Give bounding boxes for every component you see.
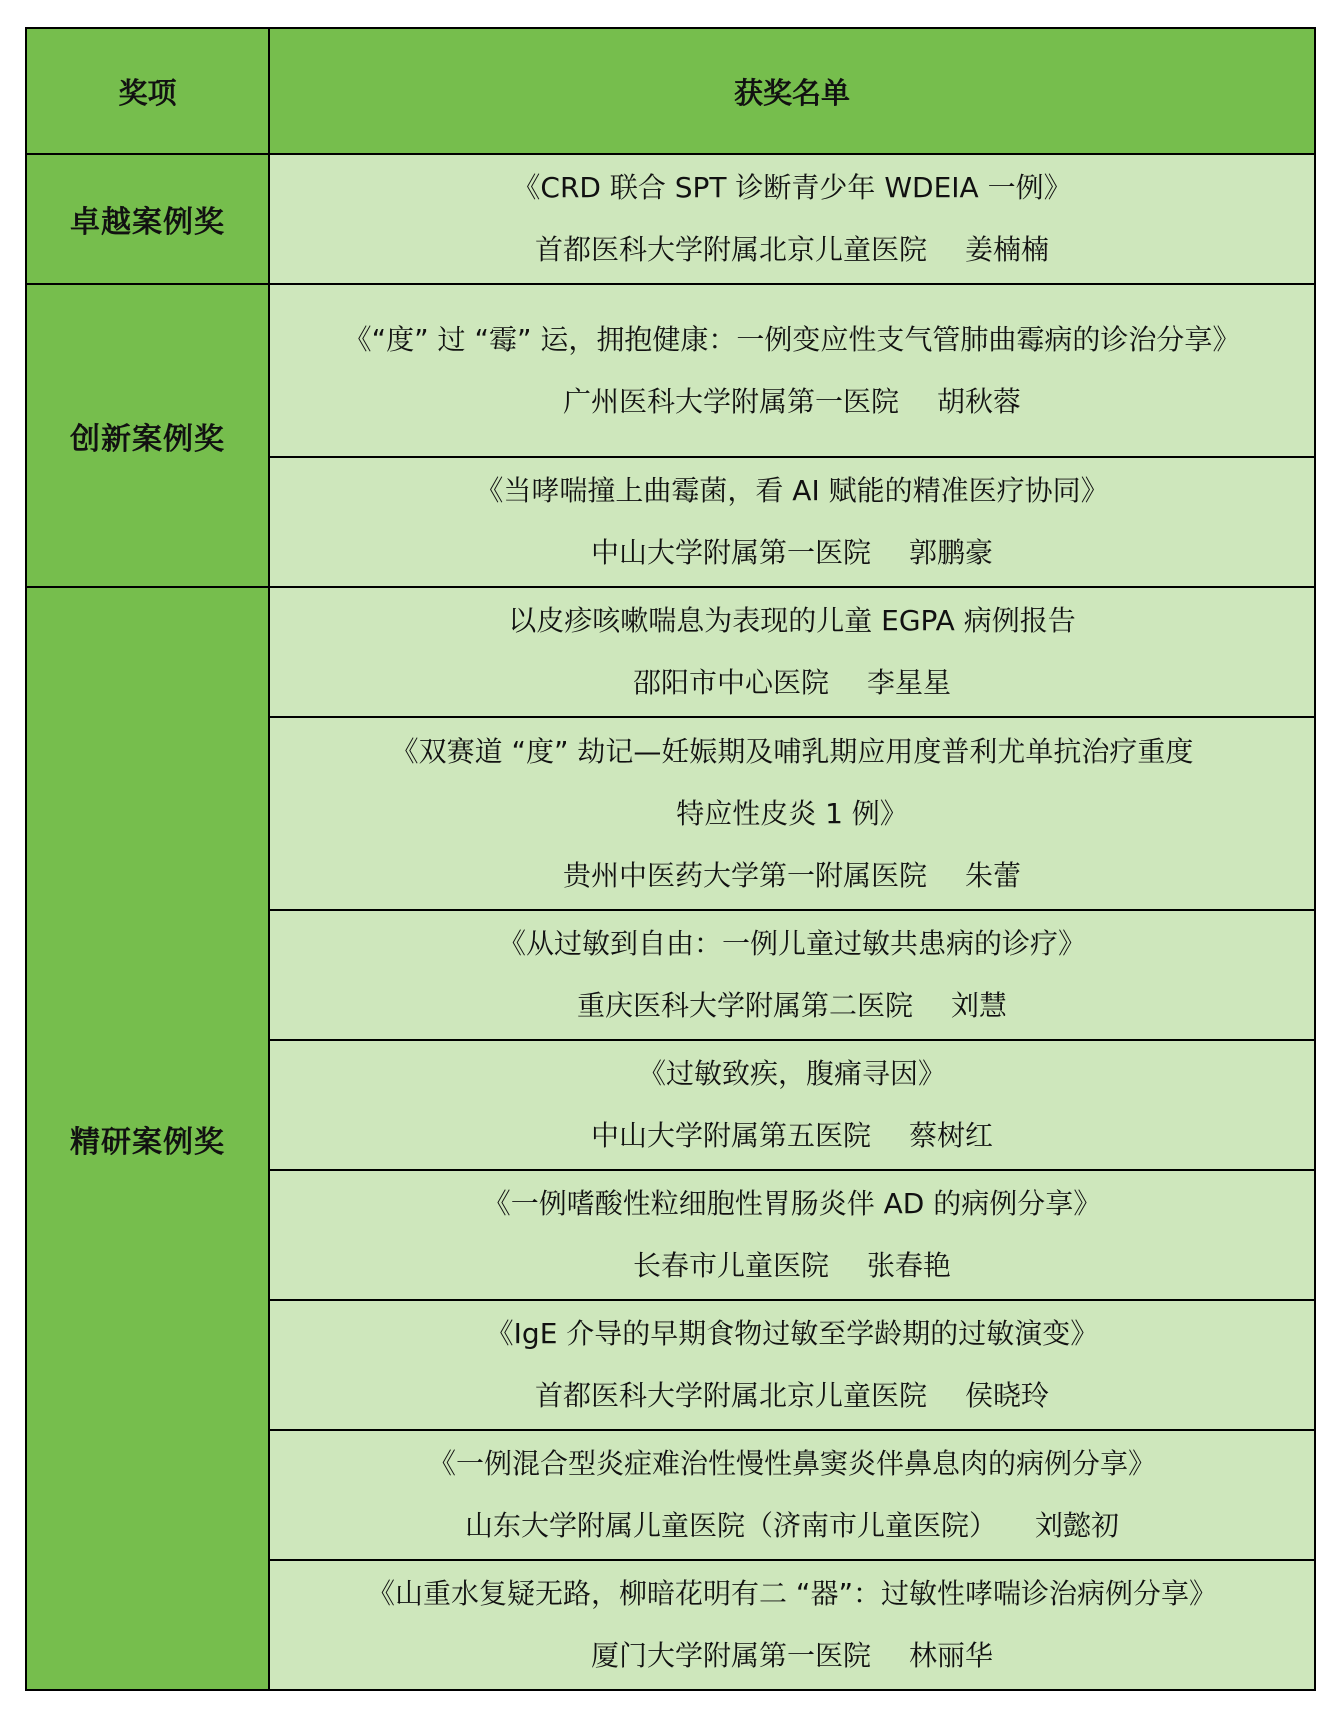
org-person-line: 中山大学附属第五医院蔡树红 bbox=[286, 1105, 1298, 1167]
winner-entry: 《CRD 联合 SPT 诊断青少年 WDEIA 一例》 首都医科大学附属北京儿童… bbox=[270, 155, 1314, 283]
org-person-line: 厦门大学附属第一医院林丽华 bbox=[286, 1625, 1298, 1687]
person-name: 郭鹏豪 bbox=[909, 536, 993, 569]
case-title: 《从过敏到自由：一例儿童过敏共患病的诊疗》 bbox=[286, 913, 1298, 975]
award-group-excellence: 卓越案例奖 《CRD 联合 SPT 诊断青少年 WDEIA 一例》 首都医科大学… bbox=[27, 153, 1314, 283]
org-name: 邵阳市中心医院 bbox=[633, 666, 829, 699]
org-person-line: 邵阳市中心医院李星星 bbox=[286, 652, 1298, 714]
winners-column-header: 获奖名单 bbox=[270, 29, 1314, 153]
org-name: 厦门大学附属第一医院 bbox=[591, 1639, 871, 1672]
person-name: 朱蕾 bbox=[965, 859, 1021, 892]
case-title: 《山重水复疑无路，柳暗花明有二 “器”：过敏性哮喘诊治病例分享》 bbox=[286, 1563, 1298, 1625]
case-title: 《一例嗜酸性粒细胞性胃肠炎伴 AD 的病例分享》 bbox=[286, 1173, 1298, 1235]
winner-entry: 《双赛道 “度” 劫记—妊娠期及哺乳期应用度普利尤单抗治疗重度 特应性皮炎 1 … bbox=[270, 716, 1314, 909]
org-name: 首都医科大学附属北京儿童医院 bbox=[535, 233, 927, 266]
winner-entry: 《“度” 过 “霉” 运，拥抱健康：一例变应性支气管肺曲霉病的诊治分享》 广州医… bbox=[270, 285, 1314, 456]
org-person-line: 广州医科大学附属第一医院胡秋蓉 bbox=[286, 371, 1298, 433]
org-name: 中山大学附属第五医院 bbox=[591, 1119, 871, 1152]
case-title: 《“度” 过 “霉” 运，拥抱健康：一例变应性支气管肺曲霉病的诊治分享》 bbox=[286, 309, 1298, 371]
winner-entry: 《山重水复疑无路，柳暗花明有二 “器”：过敏性哮喘诊治病例分享》 厦门大学附属第… bbox=[270, 1559, 1314, 1689]
person-name: 胡秋蓉 bbox=[937, 385, 1021, 418]
winner-entry: 《从过敏到自由：一例儿童过敏共患病的诊疗》 重庆医科大学附属第二医院刘慧 bbox=[270, 909, 1314, 1039]
person-name: 姜楠楠 bbox=[965, 233, 1049, 266]
org-person-line: 长春市儿童医院张春艳 bbox=[286, 1235, 1298, 1297]
case-title-line-2: 特应性皮炎 1 例》 bbox=[286, 783, 1298, 845]
case-title: 《一例混合型炎症难治性慢性鼻窦炎伴鼻息肉的病例分享》 bbox=[286, 1433, 1298, 1495]
org-person-line: 中山大学附属第一医院郭鹏豪 bbox=[286, 522, 1298, 584]
award-label: 卓越案例奖 bbox=[27, 155, 270, 283]
winner-entry: 《IgE 介导的早期食物过敏至学龄期的过敏演变》 首都医科大学附属北京儿童医院侯… bbox=[270, 1299, 1314, 1429]
case-title: 以皮疹咳嗽喘息为表现的儿童 EGPA 病例报告 bbox=[286, 590, 1298, 652]
winner-entries: 《CRD 联合 SPT 诊断青少年 WDEIA 一例》 首都医科大学附属北京儿童… bbox=[270, 155, 1314, 283]
award-table: 奖项 获奖名单 卓越案例奖 《CRD 联合 SPT 诊断青少年 WDEIA 一例… bbox=[25, 27, 1316, 1691]
org-person-line: 首都医科大学附属北京儿童医院姜楠楠 bbox=[286, 219, 1298, 281]
award-group-research: 精研案例奖 以皮疹咳嗽喘息为表现的儿童 EGPA 病例报告 邵阳市中心医院李星星… bbox=[27, 586, 1314, 1689]
org-name: 贵州中医药大学第一附属医院 bbox=[563, 859, 927, 892]
org-name: 山东大学附属儿童医院（济南市儿童医院） bbox=[465, 1509, 997, 1542]
case-title: 《IgE 介导的早期食物过敏至学龄期的过敏演变》 bbox=[286, 1303, 1298, 1365]
award-label: 创新案例奖 bbox=[27, 285, 270, 586]
case-title: 《过敏致疾，腹痛寻因》 bbox=[286, 1043, 1298, 1105]
case-title: 《CRD 联合 SPT 诊断青少年 WDEIA 一例》 bbox=[286, 157, 1298, 219]
case-title: 《当哮喘撞上曲霉菌，看 AI 赋能的精准医疗协同》 bbox=[286, 460, 1298, 522]
org-name: 重庆医科大学附属第二医院 bbox=[577, 989, 913, 1022]
org-person-line: 贵州中医药大学第一附属医院朱蕾 bbox=[286, 845, 1298, 907]
winner-entry: 以皮疹咳嗽喘息为表现的儿童 EGPA 病例报告 邵阳市中心医院李星星 bbox=[270, 588, 1314, 716]
case-title-line-1: 《双赛道 “度” 劫记—妊娠期及哺乳期应用度普利尤单抗治疗重度 bbox=[286, 721, 1298, 783]
winner-entry: 《过敏致疾，腹痛寻因》 中山大学附属第五医院蔡树红 bbox=[270, 1039, 1314, 1169]
winner-entries: 《“度” 过 “霉” 运，拥抱健康：一例变应性支气管肺曲霉病的诊治分享》 广州医… bbox=[270, 285, 1314, 586]
winner-entry: 《当哮喘撞上曲霉菌，看 AI 赋能的精准医疗协同》 中山大学附属第一医院郭鹏豪 bbox=[270, 456, 1314, 586]
person-name: 刘慧 bbox=[951, 989, 1007, 1022]
person-name: 蔡树红 bbox=[909, 1119, 993, 1152]
org-person-line: 首都医科大学附属北京儿童医院侯晓玲 bbox=[286, 1365, 1298, 1427]
award-label: 精研案例奖 bbox=[27, 588, 270, 1689]
table-header-row: 奖项 获奖名单 bbox=[27, 29, 1314, 153]
org-person-line: 山东大学附属儿童医院（济南市儿童医院）刘懿初 bbox=[286, 1495, 1298, 1557]
org-person-line: 重庆医科大学附属第二医院刘慧 bbox=[286, 975, 1298, 1037]
award-group-innovation: 创新案例奖 《“度” 过 “霉” 运，拥抱健康：一例变应性支气管肺曲霉病的诊治分… bbox=[27, 283, 1314, 586]
person-name: 林丽华 bbox=[909, 1639, 993, 1672]
person-name: 刘懿初 bbox=[1035, 1509, 1119, 1542]
person-name: 张春艳 bbox=[867, 1249, 951, 1282]
winner-entry: 《一例混合型炎症难治性慢性鼻窦炎伴鼻息肉的病例分享》 山东大学附属儿童医院（济南… bbox=[270, 1429, 1314, 1559]
org-name: 中山大学附属第一医院 bbox=[591, 536, 871, 569]
winner-entries: 以皮疹咳嗽喘息为表现的儿童 EGPA 病例报告 邵阳市中心医院李星星 《双赛道 … bbox=[270, 588, 1314, 1689]
org-name: 长春市儿童医院 bbox=[633, 1249, 829, 1282]
person-name: 侯晓玲 bbox=[965, 1379, 1049, 1412]
person-name: 李星星 bbox=[867, 666, 951, 699]
org-name: 广州医科大学附属第一医院 bbox=[563, 385, 899, 418]
winner-entry: 《一例嗜酸性粒细胞性胃肠炎伴 AD 的病例分享》 长春市儿童医院张春艳 bbox=[270, 1169, 1314, 1299]
org-name: 首都医科大学附属北京儿童医院 bbox=[535, 1379, 927, 1412]
award-column-header: 奖项 bbox=[27, 29, 270, 153]
